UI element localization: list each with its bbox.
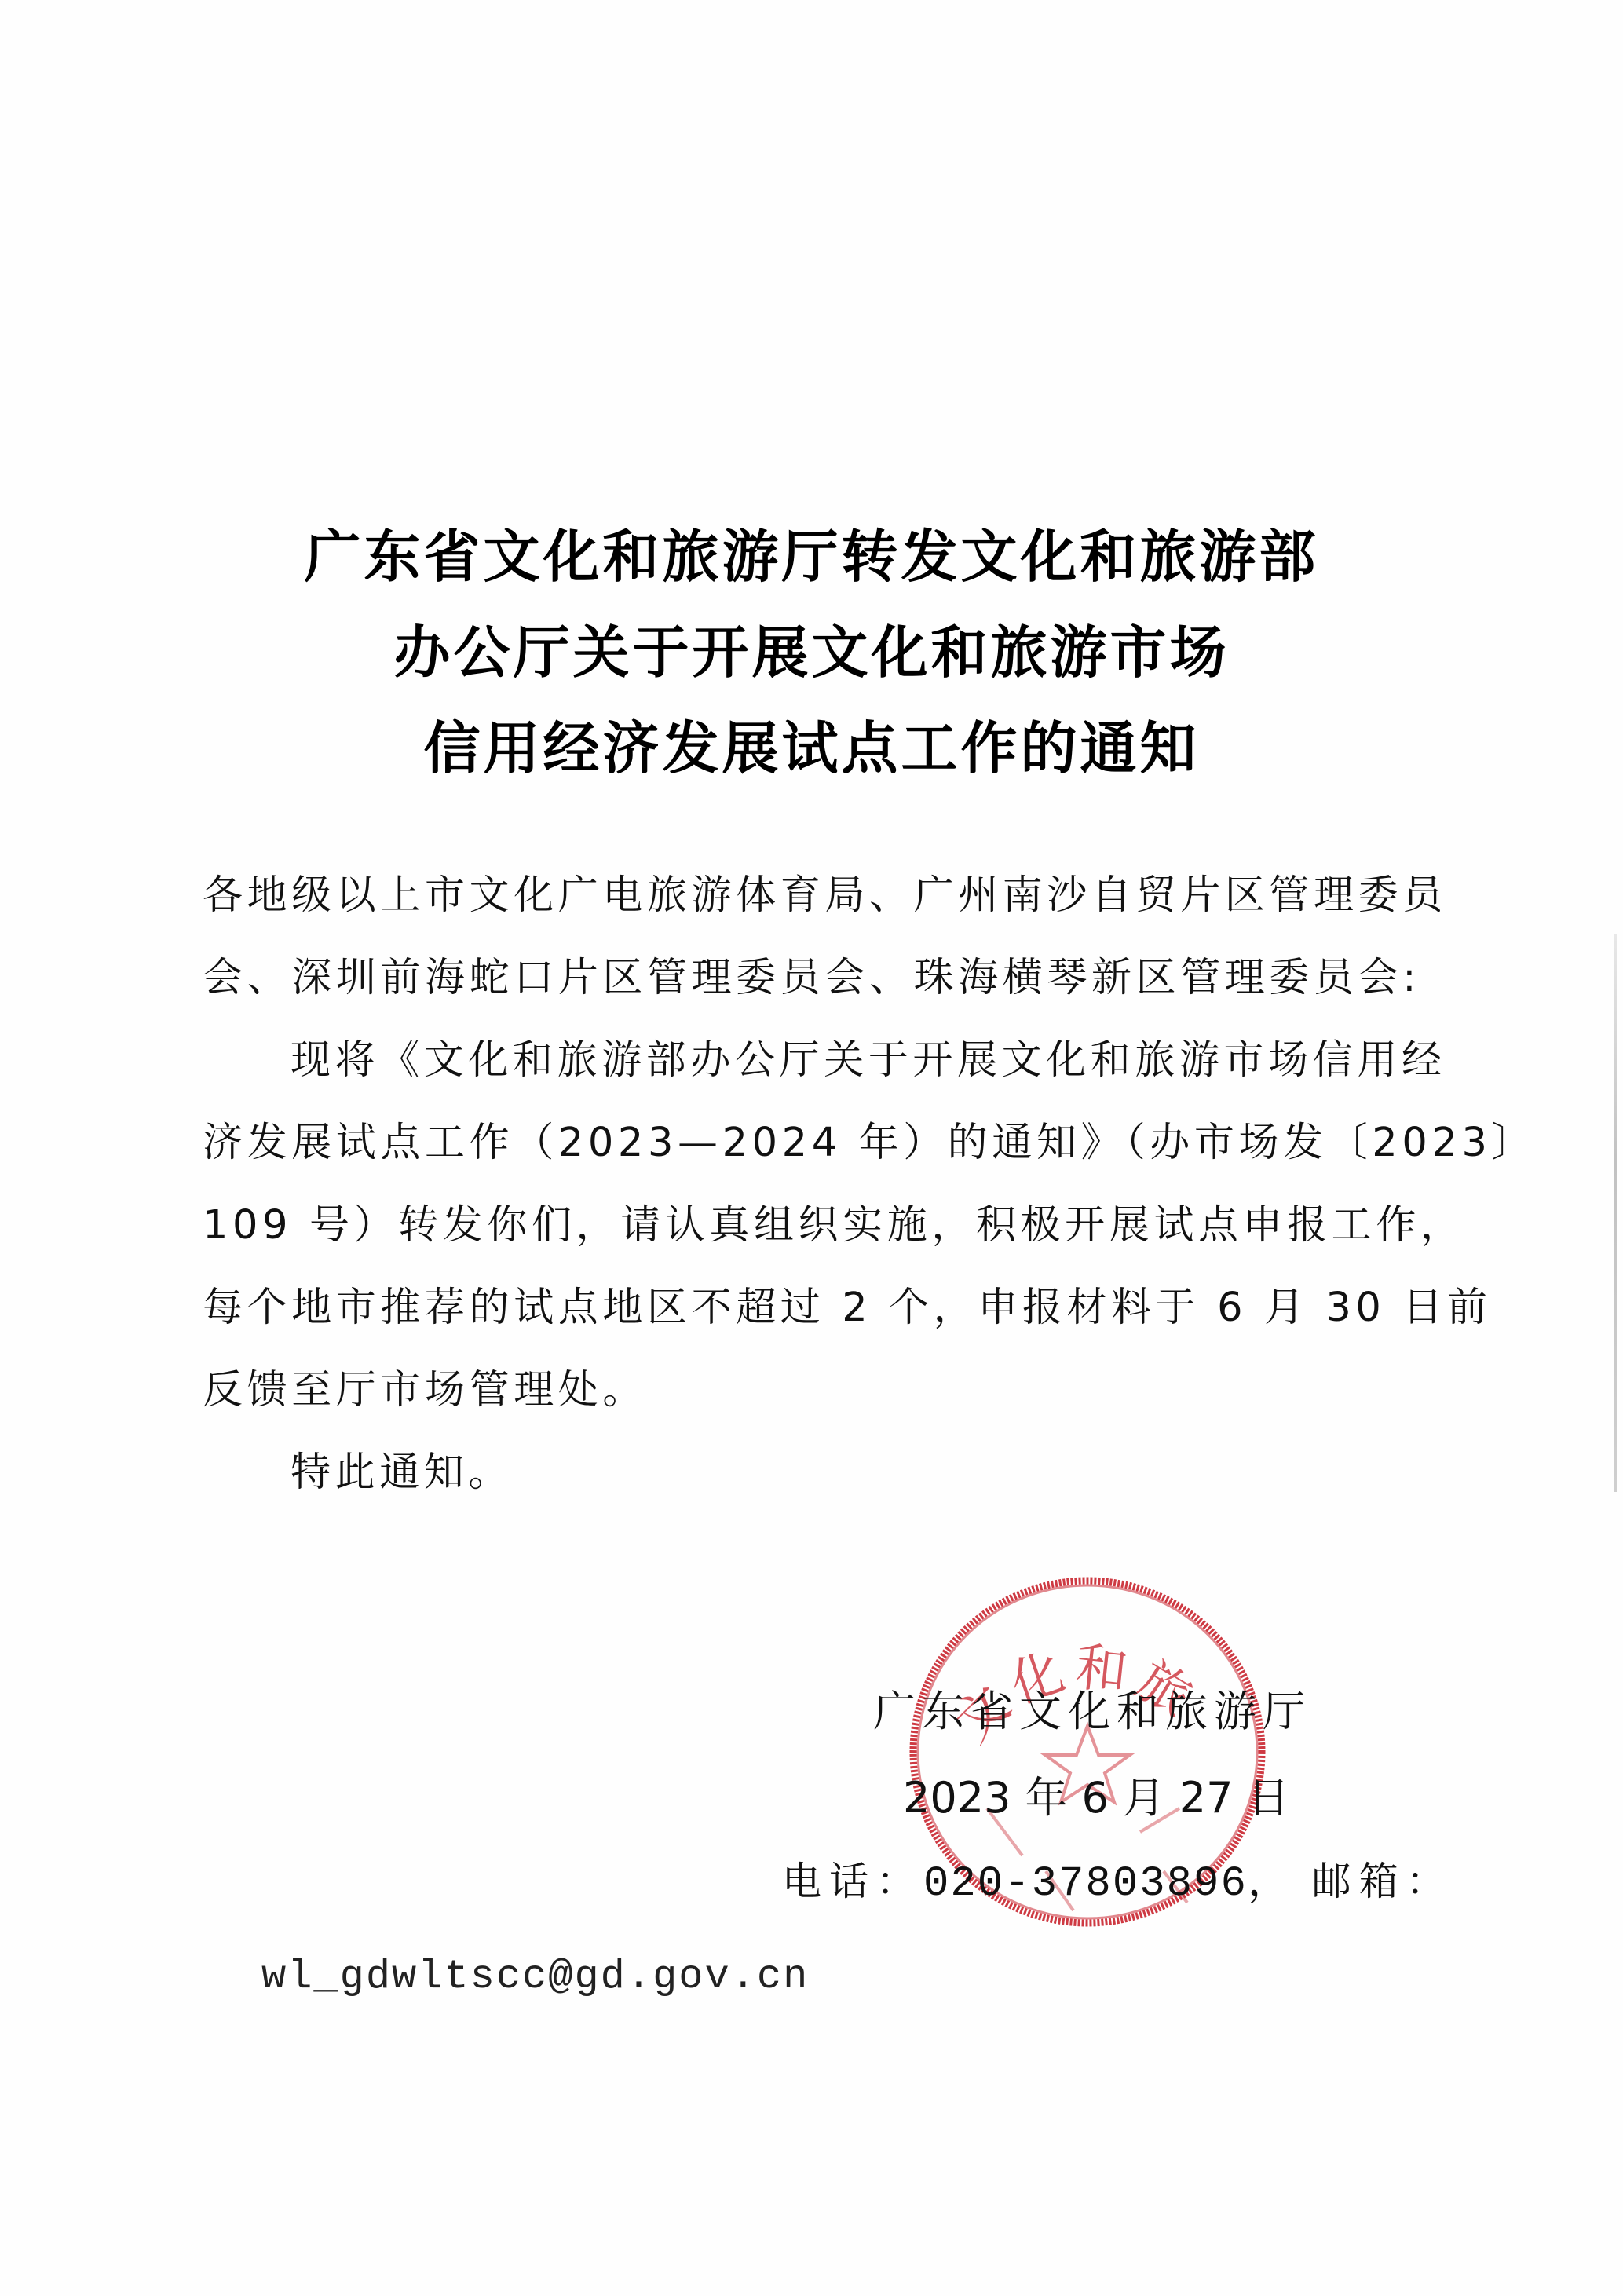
- body-paragraph-line-5: 反馈至厅市场管理处。: [203, 1349, 1427, 1431]
- body-paragraph-line-2: 济发展试点工作（2023—2024 年）的通知》（办市场发〔2023〕: [203, 1102, 1427, 1184]
- body-paragraph-line-4: 每个地市推荐的试点地区不超过 2 个，申报材料于 6 月 30 日前: [203, 1267, 1427, 1349]
- title-line-2: 办公厅关于开展文化和旅游市场: [0, 605, 1623, 700]
- contact-email: wl_gdwltscc@gd.gov.cn: [261, 1947, 809, 2007]
- date-day: 27: [1179, 1767, 1234, 1830]
- date-year: 2023: [903, 1767, 1011, 1830]
- scanned-document-page: 广东省文化和旅游厅转发文化和旅游部 办公厅关于开展文化和旅游市场 信用经济发展试…: [0, 0, 1623, 2296]
- addressee-line-1: 各地级以上市文化广电旅游体育局、广州南沙自贸片区管理委员: [203, 854, 1427, 937]
- addressee-line-2: 会、深圳前海蛇口片区管理委员会、珠海横琴新区管理委员会:: [203, 937, 1427, 1019]
- date-day-unit: 日: [1248, 1767, 1290, 1830]
- body-paragraph-line-1: 现将《文化和旅游部办公厅关于开展文化和旅游市场信用经: [203, 1019, 1427, 1102]
- date-month-unit: 月: [1123, 1767, 1165, 1830]
- document-body: 各地级以上市文化广电旅游体育局、广州南沙自贸片区管理委员 会、深圳前海蛇口片区管…: [203, 854, 1427, 1514]
- body-paragraph-line-3: 109 号）转发你们，请认真组织实施，积极开展试点申报工作，: [203, 1184, 1427, 1267]
- scan-artifact-line: [1614, 934, 1617, 1492]
- document-title: 广东省文化和旅游厅转发文化和旅游部 办公厅关于开展文化和旅游市场 信用经济发展试…: [0, 509, 1623, 796]
- title-line-1: 广东省文化和旅游厅转发文化和旅游部: [0, 509, 1623, 605]
- date-year-unit: 年: [1025, 1767, 1067, 1830]
- title-line-3: 信用经济发展试点工作的通知: [0, 700, 1623, 796]
- issuer-name: 广东省文化和旅游厅: [873, 1680, 1311, 1743]
- closing-line: 特此通知。: [203, 1431, 1427, 1514]
- date-month: 6: [1081, 1767, 1108, 1830]
- contact-phone-line: 电话：020-37803896， 邮箱：: [782, 1852, 1453, 1914]
- email-label: 邮箱：: [1312, 1859, 1453, 1904]
- phone-label: 电话：: [782, 1859, 923, 1904]
- issue-date: 2023年6月27日: [903, 1767, 1290, 1830]
- phone-number: 020-37803896，: [923, 1860, 1292, 1908]
